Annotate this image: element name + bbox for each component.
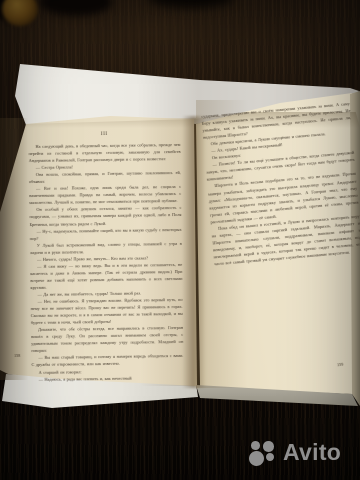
blurred-object-dark — [40, 0, 112, 16]
logo-circle — [263, 441, 274, 452]
avito-logo-icon — [246, 436, 280, 468]
left-page-paragraphs: На следующий день, в обеденный час, когд… — [28, 141, 183, 383]
chapter-heading: III — [28, 130, 180, 138]
logo-circle — [249, 451, 264, 466]
book-spine-shadow — [182, 116, 206, 388]
page-number-right: 159 — [337, 362, 344, 368]
text-paragraph: На следующий день, в обеденный час, когд… — [28, 141, 180, 164]
photo-of-open-book: { "scene": { "left_page": { "heading": "… — [0, 0, 360, 480]
text-paragraph: — Я сам вижу — но вижу ведь. Вы и в эти … — [30, 261, 182, 291]
watermark-brand-text: Avito — [283, 436, 341, 468]
right-page-text: сударыня, предостерегаю вас о своём наме… — [201, 100, 360, 267]
blurred-object-dark — [148, 0, 234, 8]
blurred-object-amber — [2, 0, 38, 26]
text-paragraph: — Вот и она! Похоже, одна лишь среди был… — [29, 183, 181, 206]
left-page-text: III На следующий день, в обеденный час, … — [28, 130, 183, 383]
text-paragraph: — Нет, не ошибаюсь. Я утверждаю вполне. … — [31, 296, 183, 326]
logo-circle — [266, 453, 274, 461]
right-page-paragraphs: сударыня, предостерегаю вас о своём наме… — [201, 100, 360, 267]
text-paragraph: Докажите, что обе сёстры всегда, все нап… — [31, 324, 183, 354]
logo-circle — [251, 441, 260, 450]
text-paragraph: Он особый у обеих девушек остался, занят… — [29, 204, 181, 227]
avito-watermark: Avito — [246, 436, 358, 472]
page-number-left: 158 — [14, 353, 20, 358]
book-fore-edge-left — [0, 118, 28, 380]
